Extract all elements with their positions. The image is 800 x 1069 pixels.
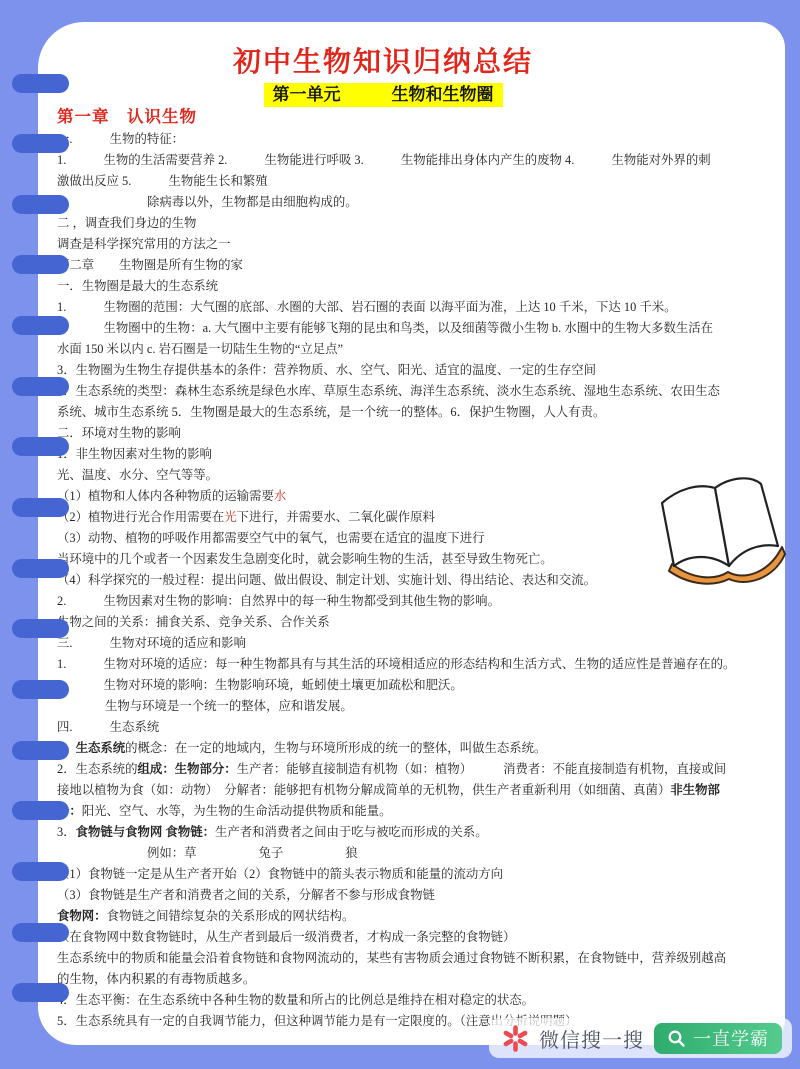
text-line: 2．生态系统的组成：生物部分：生产者：能够直接制造有机物（如：植物） 消费者：不… [57,759,717,780]
binder-ring [12,377,69,396]
binder-ring [12,195,69,214]
text-line: 2. 生物对环境的影响：生物影响环境，蚯蚓使土壤更加疏松和肥沃。 [57,675,717,696]
text-line: 4．生态系统的类型：森林生态系统是绿色水库、草原生态系统、海洋生态系统、淡水生态… [57,381,717,402]
binder-ring [12,983,69,1002]
text-line: 光、温度、水分、空气等等。 [57,465,717,486]
text-line: 生态系统中的物质和能量会沿着食物链和食物网流动的，某些有害物质会通过食物链不断积… [57,948,717,969]
text-line: 1．非生物因素对生物的影响 [57,444,717,465]
watermark-pill: 微信搜一搜 一直学霸 [489,1018,792,1058]
text-line: 的生物，体内积累的有毒物质越多。 [57,969,717,990]
text-line: 接地以植物为食（如：动物） 分解者：能够把有机物分解成简单的无机物，供生产者重新… [57,780,717,801]
text-line: 一. 生物的特征： [57,129,717,150]
text-line: 除病毒以外，生物都是由细胞构成的。 [57,192,717,213]
document-body: 一. 生物的特征：1. 生物的生活需要营养 2. 生物能进行呼吸 3. 生物能排… [57,129,717,1032]
text-line: 第二章 生物圈是所有生物的家 [57,255,717,276]
text-line: 2. 生物圈中的生物：a. 大气圈中主要有能够飞翔的昆虫和鸟类，以及细菌等微小生… [57,318,717,339]
wechat-search-asterisk-icon [502,1025,529,1052]
text-line: 4．生态平衡：在生态系统中各种生物的数量和所占的比例总是维持在相对稳定的状态。 [57,990,717,1011]
text-line: 二 ，调查我们身边的生物 [57,213,717,234]
binder-ring [12,134,69,153]
binder-ring [12,255,69,274]
binder-ring [12,559,69,578]
text-line: 水面 150 米以内 c. 岩石圈是一切陆生生物的“立足点” [57,339,717,360]
text-line: 系统、城市生态系统 5．生物圈是最大的生态系统，是一个统一的整体。6．保护生物圈… [57,402,717,423]
magnifier-icon [667,1029,686,1048]
watermark-button-label: 一直学霸 [693,1025,769,1051]
text-line: 分：阳光、空气、水等，为生物的生命活动提供物质和能量。 [57,801,717,822]
text-line: 三. 生物对环境的适应和影响 [57,633,717,654]
text-line: 四. 生态系统 [57,717,717,738]
text-line: （1）植物和人体内各种物质的运输需要水 [57,486,717,507]
text-line: 1．生态系统的概念：在一定的地域内，生物与环境所形成的统一的整体，叫做生态系统。 [57,738,717,759]
text-line: （4）科学探究的一般过程：提出问题、做出假设、制定计划、实施计划、得出结论、表达… [57,570,717,591]
text-line: 一．生物圈是最大的生态系统 [57,276,717,297]
text-line: 生物与环境是一个统一的整体，应和谐发展。 [57,696,717,717]
binder-ring [12,862,69,881]
text-line: 1. 生物对环境的适应：每一种生物都具有与其生活的环境相适应的形态结构和生活方式… [57,654,717,675]
watermark-brand-text: 微信搜一搜 [539,1024,644,1053]
text-line: 生物之间的关系：捕食关系、竞争关系、合作关系 [57,612,717,633]
text-line: （在食物网中数食物链时，从生产者到最后一级消费者，才构成一条完整的食物链） [57,927,717,948]
text-line: 当环境中的几个或者一个因素发生急剧变化时，就会影响生物的生活，甚至导致生物死亡。 [57,549,717,570]
watermark-button: 一直学霸 [654,1023,782,1054]
text-line: 1. 生物圈的范围：大气圈的底部、水圈的大部、岩石圈的表面 以海平面为准，上达 … [57,297,717,318]
text-line: （3）动物、植物的呼吸作用都需要空气中的氧气，也需要在适宜的温度下进行 [57,528,717,549]
binder-ring [12,801,69,820]
open-book-illustration [650,474,790,586]
text-line: （3）食物链是生产者和消费者之间的关系，分解者不参与形成食物链 [57,885,717,906]
text-line: 1. 生物的生活需要营养 2. 生物能进行呼吸 3. 生物能排出身体内产生的废物… [57,150,717,171]
screenshot-root: { "page": { "title": "初中生物知识归纳总结", "subt… [0,0,800,1069]
text-line: 二．环境对生物的影响 [57,423,717,444]
binder-ring [12,680,69,699]
unit-subtitle: 第一单元 生物和生物圈 [264,83,503,107]
text-line: 3．生物圈为生物生存提供基本的条件：营养物质、水、空气、阳光、适宜的温度、一定的… [57,360,717,381]
text-line: 例如：草 兔子 狼 [57,843,717,864]
binder-ring [12,923,69,942]
page-title: 初中生物知识归纳总结 [57,40,709,80]
binder-ring [12,74,69,93]
binder-ring [12,498,69,517]
text-line: 3．食物链与食物网 食物链：生产者和消费者之间由于吃与被吃而形成的关系。 [57,822,717,843]
binder-ring [12,316,69,335]
text-line: 2. 生物因素对生物的影响：自然界中的每一种生物都受到其他生物的影响。 [57,591,717,612]
binder-ring [12,437,69,456]
text-line: 食物网：食物链之间错综复杂的关系形成的网状结构。 [57,906,717,927]
text-line: （1）食物链一定是从生产者开始（2）食物链中的箭头表示物质和能量的流动方向 [57,864,717,885]
binder-ring [12,619,69,638]
text-line: 激做出反应 5. 生物能生长和繁殖 [57,171,717,192]
text-line: 调查是科学探究常用的方法之一 [57,234,717,255]
chapter-heading: 第一章 认识生物 [57,103,197,127]
text-line: （2）植物进行光合作用需要在光下进行，并需要水、二氧化碳作原料 [57,507,717,528]
binder-ring [12,741,69,760]
